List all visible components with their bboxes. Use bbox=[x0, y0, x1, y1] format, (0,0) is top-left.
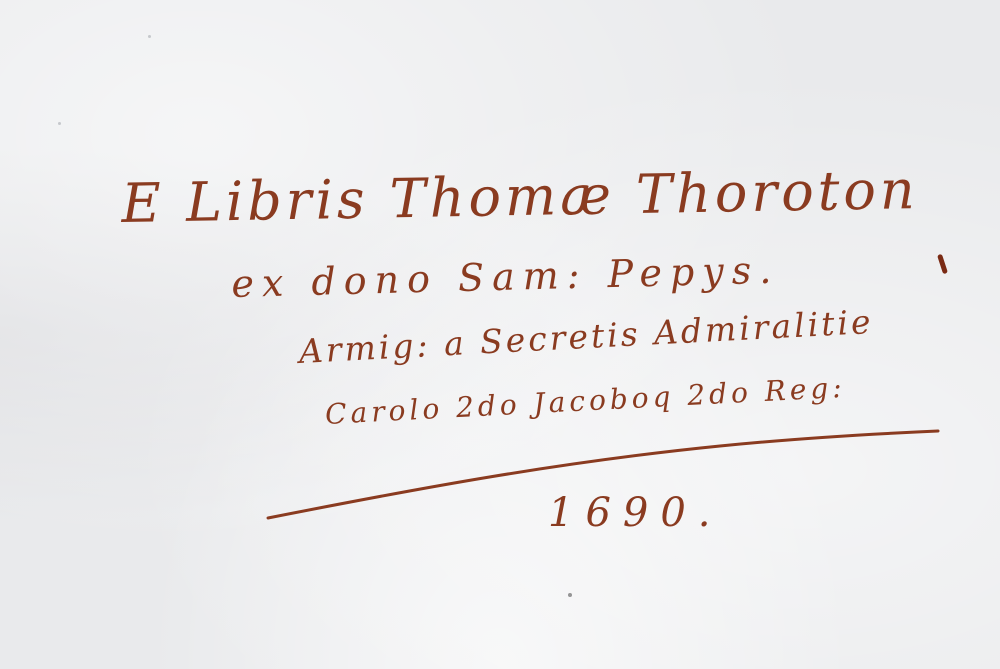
paper-page: E Libris Thomæ Thoroton ex dono Sam: Pep… bbox=[0, 0, 1000, 669]
flourish-underline bbox=[0, 0, 1000, 669]
inscription-year: 1690. bbox=[548, 490, 723, 536]
